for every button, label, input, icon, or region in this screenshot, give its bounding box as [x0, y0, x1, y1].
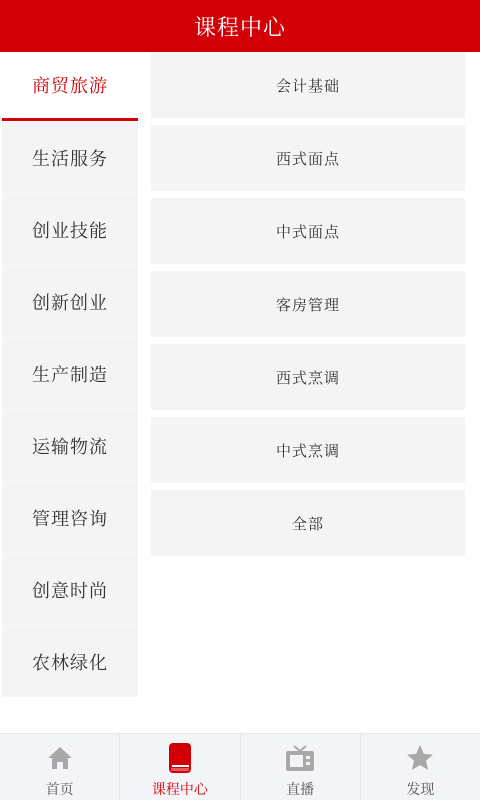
course-card[interactable]: 客房管理 — [151, 271, 465, 337]
category-label: 创新创业 — [32, 289, 108, 315]
tab-label: 直播 — [286, 779, 314, 799]
category-item-management[interactable]: 管理咨询 — [2, 481, 138, 553]
category-label: 运输物流 — [32, 433, 108, 459]
tab-label: 发现 — [406, 779, 434, 799]
tab-label: 课程中心 — [152, 779, 208, 799]
header-bar: 课程中心 — [0, 0, 480, 52]
category-sidebar: 商贸旅游 生活服务 创业技能 创新创业 生产制造 运输物流 管理咨询 创意时尚 … — [2, 52, 138, 697]
category-label: 农林绿化 — [32, 649, 108, 675]
course-card[interactable]: 中式面点 — [151, 198, 465, 264]
star-icon — [405, 743, 435, 773]
tab-discover[interactable]: 发现 — [360, 734, 480, 800]
course-label: 会计基础 — [276, 75, 340, 96]
course-card[interactable]: 西式烹调 — [151, 344, 465, 410]
tab-home[interactable]: 首页 — [0, 734, 119, 800]
category-item-business-travel[interactable]: 商贸旅游 — [2, 52, 138, 121]
category-item-life-services[interactable]: 生活服务 — [2, 121, 138, 193]
category-label: 生产制造 — [32, 361, 108, 387]
course-label: 全部 — [292, 513, 324, 534]
tv-icon — [285, 743, 315, 773]
course-label: 中式面点 — [276, 221, 340, 242]
category-label: 商贸旅游 — [32, 72, 108, 98]
course-card[interactable]: 中式烹调 — [151, 417, 465, 483]
category-label: 创业技能 — [32, 217, 108, 243]
book-icon — [165, 743, 195, 773]
page-title: 课程中心 — [194, 11, 286, 42]
category-label: 生活服务 — [32, 145, 108, 171]
course-card[interactable]: 西式面点 — [151, 125, 465, 191]
category-item-logistics[interactable]: 运输物流 — [2, 409, 138, 481]
bottom-tab-bar: 首页 课程中心 直播 发现 — [0, 733, 480, 800]
tab-live[interactable]: 直播 — [240, 734, 360, 800]
category-label: 创意时尚 — [32, 577, 108, 603]
category-item-creative-fashion[interactable]: 创意时尚 — [2, 553, 138, 625]
tab-label: 首页 — [46, 779, 74, 799]
course-list: 会计基础 西式面点 中式面点 客房管理 西式烹调 中式烹调 全部 — [151, 52, 465, 563]
course-label: 西式烹调 — [276, 367, 340, 388]
course-label: 客房管理 — [276, 294, 340, 315]
course-card-all[interactable]: 全部 — [151, 490, 465, 556]
category-item-startup-skills[interactable]: 创业技能 — [2, 193, 138, 265]
category-item-manufacturing[interactable]: 生产制造 — [2, 337, 138, 409]
course-label: 中式烹调 — [276, 440, 340, 461]
home-icon — [45, 743, 75, 773]
course-label: 西式面点 — [276, 148, 340, 169]
category-item-agriculture[interactable]: 农林绿化 — [2, 625, 138, 697]
category-item-innovation[interactable]: 创新创业 — [2, 265, 138, 337]
tab-course-center[interactable]: 课程中心 — [119, 734, 239, 800]
course-card[interactable]: 会计基础 — [151, 52, 465, 118]
category-label: 管理咨询 — [32, 505, 108, 531]
